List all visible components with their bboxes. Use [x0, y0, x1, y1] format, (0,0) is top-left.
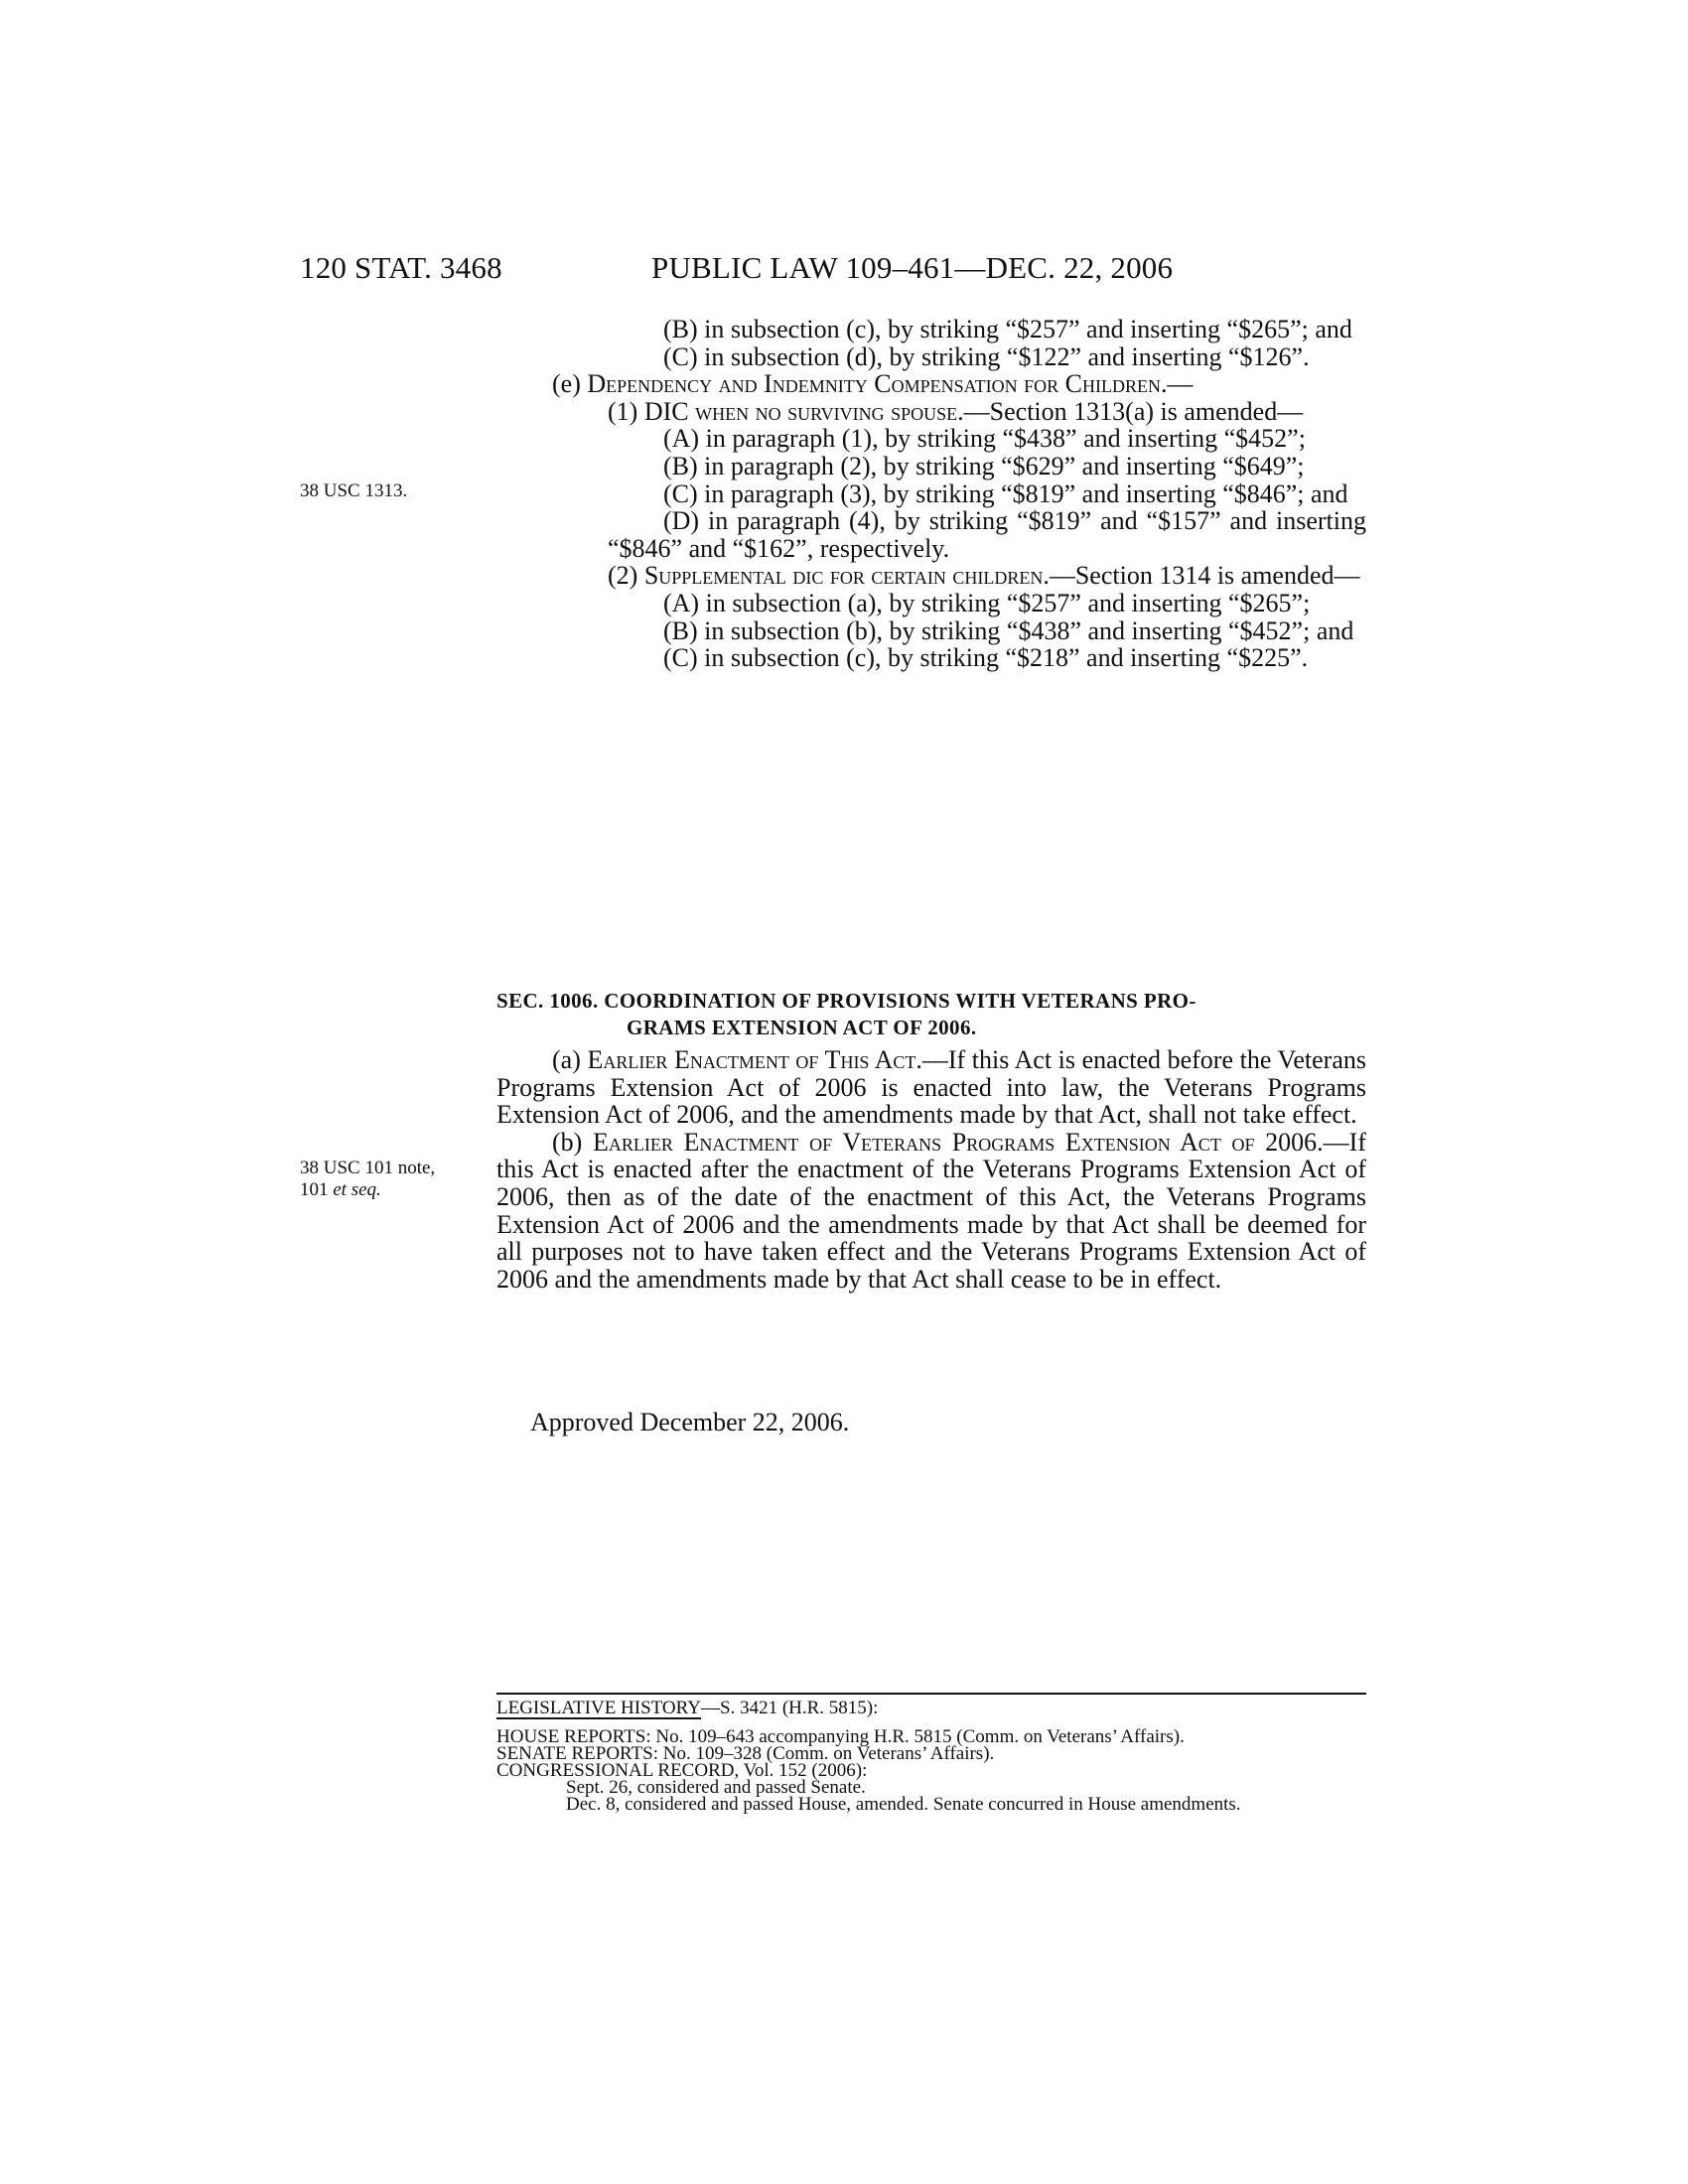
stat-citation: 120 STAT. 3468: [300, 250, 502, 286]
subsection-e-heading: (e) Dependency and Indemnity Compensatio…: [496, 370, 1366, 398]
paragraph-e-2-A: (A) in subsection (a), by striking “$257…: [496, 590, 1366, 617]
legislative-history-title: LEGISLATIVE HISTORY—S. 3421 (H.R. 5815):: [496, 1700, 1366, 1728]
paragraph-e-1-D: (D) in paragraph (4), by striking “$819”…: [496, 507, 1366, 562]
paragraph-d-B: (B) in subsection (c), by striking “$257…: [496, 316, 1366, 343]
paragraph-e-1-text: .—Section 1313(a) is amended—: [957, 397, 1303, 426]
document-page: 120 STAT. 3468 PUBLIC LAW 109–461—DEC. 2…: [0, 0, 1688, 2184]
law-title: PUBLIC LAW 109–461—DEC. 22, 2006: [651, 250, 1173, 286]
record-entry-house: Dec. 8, considered and passed House, ame…: [496, 1796, 1366, 1813]
paragraph-d-C: (C) in subsection (d), by striking “$122…: [496, 343, 1366, 371]
paragraph-e-2: (2) Supplemental dic for certain childre…: [496, 562, 1366, 590]
subsection-a-title: Earlier Enactment of This Act: [587, 1045, 915, 1074]
legislative-history: LEGISLATIVE HISTORY—S. 3421 (H.R. 5815):…: [496, 1700, 1366, 1813]
paragraph-e-1-A: (A) in paragraph (1), by striking “$438”…: [496, 425, 1366, 453]
paragraph-e-2-C: (C) in subsection (c), by striking “$218…: [496, 644, 1366, 672]
subsection-e-label: (e): [552, 369, 587, 398]
section-heading-line2: GRAMS EXTENSION ACT OF 2006.: [496, 1015, 1366, 1041]
legislative-history-bill: —S. 3421 (H.R. 5815):: [701, 1698, 878, 1718]
margin-note-line2-num: 101: [300, 1179, 333, 1200]
paragraph-e-2-B: (B) in subsection (b), by striking “$438…: [496, 617, 1366, 645]
section-heading-line1: SEC. 1006. COORDINATION OF PROVISIONS WI…: [496, 989, 1196, 1013]
margin-note-line1: 38 USC 101 note,: [300, 1158, 435, 1178]
margin-note-38-usc-1313: 38 USC 1313.: [300, 480, 407, 502]
section-1006-heading: SEC. 1006. COORDINATION OF PROVISIONS WI…: [496, 988, 1366, 1041]
paragraph-e-2-text: .—Section 1314 is amended—: [1043, 561, 1359, 590]
subsection-e-dash: .—: [1161, 369, 1194, 398]
subsection-b: (b) Earlier Enactment of Veterans Progra…: [496, 1129, 1366, 1294]
subsection-a: (a) Earlier Enactment of This Act.—If th…: [496, 1046, 1366, 1129]
approval-date: Approved December 22, 2006.: [530, 1408, 849, 1437]
margin-note-38-usc-101: 38 USC 101 note, 101 et seq.: [300, 1158, 435, 1201]
legislative-history-label: LEGISLATIVE HISTORY: [496, 1700, 701, 1719]
amendment-text-block: (B) in subsection (c), by striking “$257…: [496, 316, 1366, 672]
paragraph-e-1: (1) DIC when no surviving spouse.—Sectio…: [496, 398, 1366, 426]
paragraph-e-1-title: when no surviving spouse: [695, 397, 957, 426]
paragraph-e-1-B: (B) in paragraph (2), by striking “$629”…: [496, 453, 1366, 480]
paragraph-e-2-label: (2): [608, 561, 644, 590]
footer-divider: [496, 1693, 1366, 1695]
subsection-b-title: Earlier Enactment of Veterans Programs E…: [593, 1128, 1255, 1157]
paragraph-e-2-title: Supplemental dic for certain children: [644, 561, 1044, 590]
paragraph-e-1-label: (1) DIC: [608, 397, 695, 426]
subsection-a-label: (a): [552, 1045, 587, 1074]
subsection-b-label: (b): [552, 1128, 593, 1157]
margin-note-line2-italic: et seq.: [333, 1179, 381, 1200]
section-1006-body: (a) Earlier Enactment of This Act.—If th…: [496, 1046, 1366, 1293]
subsection-e-title: Dependency and Indemnity Compensation fo…: [587, 369, 1161, 398]
paragraph-e-1-C: (C) in paragraph (3), by striking “$819”…: [496, 480, 1366, 508]
